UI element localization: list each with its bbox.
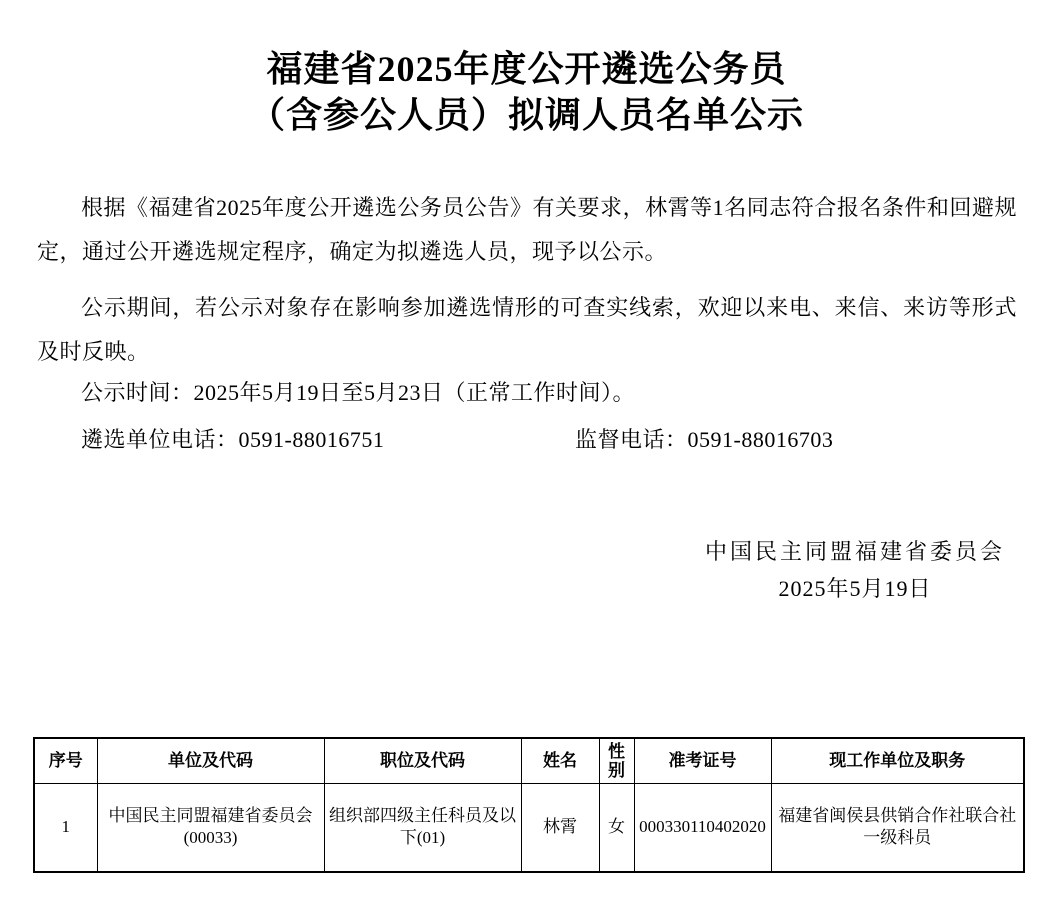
candidate-roster-table: 序号 单位及代码 职位及代码 姓名 性别 准考证号 现工作单位及职务 1 中国民… bbox=[33, 737, 1025, 873]
cell-position-code: 组织部四级主任科员及以下(01) bbox=[324, 783, 521, 872]
phone-line: 遴选单位电话：0591-88016751 监督电话：0591-88016703 bbox=[37, 418, 1017, 462]
page-title: 福建省2025年度公开遴选公务员 （含参公人员）拟调人员名单公示 bbox=[0, 46, 1053, 138]
col-header-current-unit: 现工作单位及职务 bbox=[771, 738, 1024, 783]
cell-exam-no: 000330110402020 bbox=[634, 783, 771, 872]
selection-unit-phone: 遴选单位电话：0591-88016751 bbox=[81, 427, 384, 452]
paragraph-intro: 根据《福建省2025年度公开遴选公务员公告》有关要求，林霄等1名同志符合报名条件… bbox=[37, 186, 1017, 274]
paragraph-notice: 公示期间，若公示对象存在影响参加遴选情形的可查实线索，欢迎以来电、来信、来访等形… bbox=[37, 286, 1017, 374]
table-header-row: 序号 单位及代码 职位及代码 姓名 性别 准考证号 现工作单位及职务 bbox=[34, 738, 1024, 783]
col-header-gender: 性别 bbox=[599, 738, 634, 783]
cell-current-position: 一级科员 bbox=[776, 827, 1020, 849]
cell-current-unit-name: 福建省闽侯县供销合作社联合社 bbox=[776, 805, 1020, 827]
cell-current-unit: 福建省闽侯县供销合作社联合社 一级科员 bbox=[771, 783, 1024, 872]
signature-block: 中国民主同盟福建省委员会 2025年5月19日 bbox=[705, 530, 1005, 604]
cell-serial-no: 1 bbox=[34, 783, 97, 872]
table-row: 1 中国民主同盟福建省委员会 (00033) 组织部四级主任科员及以下(01) … bbox=[34, 783, 1024, 872]
signature-date: 2025年5月19日 bbox=[705, 574, 1005, 604]
col-header-position-code: 职位及代码 bbox=[324, 738, 521, 783]
page-title-line1: 福建省2025年度公开遴选公务员 bbox=[0, 46, 1053, 92]
supervision-phone: 监督电话：0591-88016703 bbox=[575, 418, 833, 462]
col-header-unit-code: 单位及代码 bbox=[97, 738, 324, 783]
page-title-line2: （含参公人员）拟调人员名单公示 bbox=[0, 92, 1053, 138]
col-header-serial-no: 序号 bbox=[34, 738, 97, 783]
cell-unit-code-number: (00033) bbox=[102, 827, 320, 849]
cell-unit-code: 中国民主同盟福建省委员会 (00033) bbox=[97, 783, 324, 872]
col-header-exam-no: 准考证号 bbox=[634, 738, 771, 783]
cell-gender: 女 bbox=[599, 783, 634, 872]
cell-candidate-name: 林霄 bbox=[521, 783, 599, 872]
signature-organization: 中国民主同盟福建省委员会 bbox=[705, 530, 1005, 574]
col-header-name: 姓名 bbox=[521, 738, 599, 783]
paragraph-publicity-period: 公示时间：2025年5月19日至5月23日（正常工作时间）。 bbox=[37, 371, 1017, 415]
announcement-document: { "title": { "line1": "福建省2025年度公开遴选公务员"… bbox=[0, 0, 1053, 924]
cell-unit-name: 中国民主同盟福建省委员会 bbox=[102, 805, 320, 827]
